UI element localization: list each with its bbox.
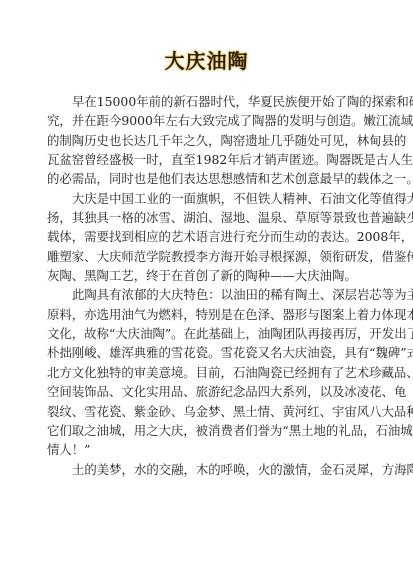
text-line: 雕塑家、大庆师范学院教授李方海开始寻根探源，领衔研发，借鉴传统 <box>47 247 372 266</box>
text-line: 扬，其独具一格的冰雪、湖泊、湿地、温泉、草原等景致也普遍缺少艺术 <box>47 208 372 227</box>
text-line: 的必需品，同时也是他们表达思想感情和艺术创意最早的载体之一。 <box>47 169 372 188</box>
text-line: 原料，亦选用油气为燃料，特别是在色泽、器形与图案上着力体现本土 <box>47 305 372 324</box>
text-line: 情人！” <box>47 440 372 459</box>
text-line: 灰陶、黑陶工艺，终于在首创了新的陶种——大庆油陶。 <box>47 266 372 285</box>
text-line: 载体，需要找到相应的艺术语言进行充分而生动的表达。2008年，著名 <box>47 227 372 246</box>
text-line: 空间装饰品、文化实用品、旅游纪念品四大系列，以及冰凌花、龟 <box>47 382 372 401</box>
text-line: 土的美梦，水的交融，木的呼唤，火的激情，金石灵犀，方海陶艺！ <box>47 460 372 479</box>
text-line: 朴拙刚峻、雄浑典雅的雪花瓷。雪花瓷又名大庆油瓷，具有“魏碑”式 <box>47 343 372 362</box>
paragraph-4: 土的美梦，水的交融，木的呼唤，火的激情，金石灵犀，方海陶艺！ <box>47 460 372 479</box>
page-title: 大庆油陶 <box>0 45 413 74</box>
document-page: 大庆油陶 早在15000年前的新石器时代，华夏民族便开始了陶的探索和研 究，并在… <box>0 0 413 585</box>
paragraph-2: 大庆是中国工业的一面旗帜，不但铁人精神、石油文化等值得大力弘 扬，其独具一格的冰… <box>47 189 372 286</box>
text-line: 大庆是中国工业的一面旗帜，不但铁人精神、石油文化等值得大力弘 <box>47 189 372 208</box>
text-line: 此陶具有浓郁的大庆特色：以油田的稀有陶土、深层岩芯等为主要 <box>47 285 372 304</box>
text-line: 北方文化独特的审美意境。目前，石油陶瓷已经拥有了艺术珍藏品、 <box>47 363 372 382</box>
paragraph-3: 此陶具有浓郁的大庆特色：以油田的稀有陶土、深层岩芯等为主要 原料，亦选用油气为燃… <box>47 285 372 459</box>
text-line: 瓦盆窑曾经盛极一时，直至1982年后才销声匿迹。陶器既是古人生活 <box>47 150 372 169</box>
text-line: 文化，故称“大庆油陶”。在此基础上，油陶团队再接再厉，开发出了 <box>47 324 372 343</box>
text-line: 的制陶历史也长达几千年之久，陶窑遗址几乎随处可见，林甸县的 <box>47 131 372 150</box>
article-body: 早在15000年前的新石器时代，华夏民族便开始了陶的探索和研 究，并在距今900… <box>47 92 372 479</box>
text-line: 早在15000年前的新石器时代，华夏民族便开始了陶的探索和研 <box>47 92 372 111</box>
text-line: 它们取之油城，用之大庆，被消费者们誉为“黑土地的礼品，石油城的 <box>47 421 372 440</box>
paragraph-1: 早在15000年前的新石器时代，华夏民族便开始了陶的探索和研 究，并在距今900… <box>47 92 372 189</box>
text-line: 究，并在距今9000年左右大致完成了陶器的发明与创造。嫩江流域 <box>47 111 372 130</box>
text-line: 裂纹、雪花瓷、紫金砂、乌金梦、黑土情、黄河红、宇宙风八大品种。 <box>47 402 372 421</box>
